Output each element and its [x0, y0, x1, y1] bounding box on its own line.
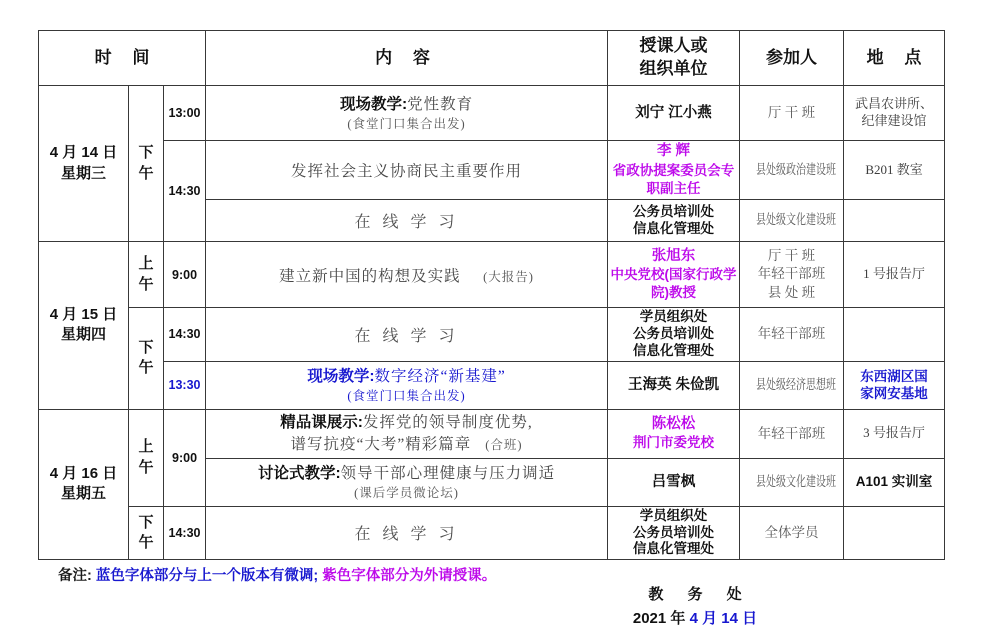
content-cell: 现场教学:党性教育 (食堂门口集合出发) — [206, 86, 608, 141]
date-cell-apr15: 4 月 15 日 星期四 — [39, 242, 129, 410]
remark-blue-text: 蓝色字体部分与上一个版本有微调; — [96, 568, 318, 584]
date-cell-apr16: 4 月 16 日 星期五 — [39, 409, 129, 560]
lecturer-cell: 王海英 朱俭凯 — [608, 361, 740, 409]
signature-date: 2021 年 4 月 14 日 — [555, 607, 835, 628]
time-cell: 14:30 — [164, 506, 206, 560]
table-row: 13:30 现场教学:数字经济“新基建” (食堂门口集合出发) 王海英 朱俭凯 … — [39, 361, 945, 409]
content-cell: 精品课展示:发挥党的领导制度优势, 谱写抗疫“大考”精彩篇章(合班) — [206, 409, 608, 458]
remark-label: 备注: — [58, 568, 92, 584]
table-row: 4 月 16 日 星期五 上午 9:00 精品课展示:发挥党的领导制度优势, 谱… — [39, 409, 945, 458]
participants-cell: 县处级政治建设班 — [740, 141, 844, 200]
lecturer-cell: 刘宁 江小燕 — [608, 86, 740, 141]
signature-block: 教 务 处 2021 年 4 月 14 日 — [555, 583, 835, 628]
table-row: 4 月 14 日 星期三 下午 13:00 现场教学:党性教育 (食堂门口集合出… — [39, 86, 945, 141]
participants-cell: 年轻干部班 — [740, 409, 844, 458]
remark-magenta-text: 紫色字体部分为外请授课。 — [322, 568, 496, 584]
content-cell: 讨论式教学:领导干部心理健康与压力调适 (课后学员微论坛) — [206, 458, 608, 506]
location-cell: 3 号报告厅 — [844, 409, 945, 458]
schedule-table: 时 间 内 容 授课人或 组织单位 参加人 地 点 4 月 14 日 星期三 下… — [38, 30, 945, 560]
time-cell: 14:30 — [164, 308, 206, 362]
location-cell: A101 实训室 — [844, 458, 945, 506]
signature-date-year: 2021 年 — [633, 610, 690, 627]
content-cell: 在 线 学 习 — [206, 200, 608, 242]
header-lecturer: 授课人或 组织单位 — [608, 31, 740, 86]
location-cell: 1 号报告厅 — [844, 242, 945, 308]
participants-cell: 全体学员 — [740, 506, 844, 560]
content-cell: 在 线 学 习 — [206, 506, 608, 560]
date-cell-apr14: 4 月 14 日 星期三 — [39, 86, 129, 242]
participants-cell: 县处级文化建设班 — [740, 200, 844, 242]
participants-cell: 年轻干部班 — [740, 308, 844, 362]
schedule-page: 时 间 内 容 授课人或 组织单位 参加人 地 点 4 月 14 日 星期三 下… — [0, 0, 981, 641]
time-cell: 9:00 — [164, 409, 206, 506]
table-row: 4 月 15 日 星期四 上午 9:00 建立新中国的构想及实践 (大报告) 张… — [39, 242, 945, 308]
header-content: 内 容 — [206, 31, 608, 86]
table-row: 14:30 发挥社会主义协商民主重要作用 李 辉 省政协提案委员会专职副主任 县… — [39, 141, 945, 200]
lecturer-cell: 张旭东 中央党校(国家行政学院)教授 — [608, 242, 740, 308]
header-participants: 参加人 — [740, 31, 844, 86]
ampm-cell: 上午 — [129, 242, 164, 308]
ampm-cell: 下午 — [129, 506, 164, 560]
lecturer-cell: 陈松松 荆门市委党校 — [608, 409, 740, 458]
content-cell: 建立新中国的构想及实践 (大报告) — [206, 242, 608, 308]
remark-note: 备注: 蓝色字体部分与上一个版本有微调; 紫色字体部分为外请授课。 — [58, 564, 496, 585]
header-location: 地 点 — [844, 31, 945, 86]
lecturer-cell: 学员组织处 公务员培训处 信息化管理处 — [608, 308, 740, 362]
lecturer-cell: 公务员培训处 信息化管理处 — [608, 200, 740, 242]
ampm-cell: 下午 — [129, 86, 164, 242]
header-row: 时 间 内 容 授课人或 组织单位 参加人 地 点 — [39, 31, 945, 86]
content-cell: 现场教学:数字经济“新基建” (食堂门口集合出发) — [206, 361, 608, 409]
lecturer-cell: 学员组织处 公务员培训处 信息化管理处 — [608, 506, 740, 560]
ampm-cell: 上午 — [129, 409, 164, 506]
location-cell — [844, 506, 945, 560]
participants-cell: 县处级经济思想班 — [740, 361, 844, 409]
content-cell: 在 线 学 习 — [206, 308, 608, 362]
location-cell: 武昌农讲所、 纪律建设馆 — [844, 86, 945, 141]
time-cell: 13:00 — [164, 86, 206, 141]
content-cell: 发挥社会主义协商民主重要作用 — [206, 141, 608, 200]
location-cell — [844, 200, 945, 242]
table-row: 下午 14:30 在 线 学 习 学员组织处 公务员培训处 信息化管理处 年轻干… — [39, 308, 945, 362]
header-time: 时 间 — [39, 31, 206, 86]
location-cell — [844, 308, 945, 362]
participants-cell: 厅 干 班 — [740, 86, 844, 141]
signature-department: 教 务 处 — [555, 583, 835, 604]
time-cell: 9:00 — [164, 242, 206, 308]
lecturer-cell: 吕雪枫 — [608, 458, 740, 506]
table-row: 下午 14:30 在 线 学 习 学员组织处 公务员培训处 信息化管理处 全体学… — [39, 506, 945, 560]
location-cell: B201 教室 — [844, 141, 945, 200]
ampm-cell: 下午 — [129, 308, 164, 410]
participants-cell: 厅 干 班 年轻干部班 县 处 班 — [740, 242, 844, 308]
location-cell: 东西湖区国 家网安基地 — [844, 361, 945, 409]
participants-cell: 县处级文化建设班 — [740, 458, 844, 506]
lecturer-cell: 李 辉 省政协提案委员会专职副主任 — [608, 141, 740, 200]
time-cell: 14:30 — [164, 141, 206, 242]
time-cell: 13:30 — [164, 361, 206, 409]
signature-date-day: 4 月 14 日 — [690, 610, 758, 627]
